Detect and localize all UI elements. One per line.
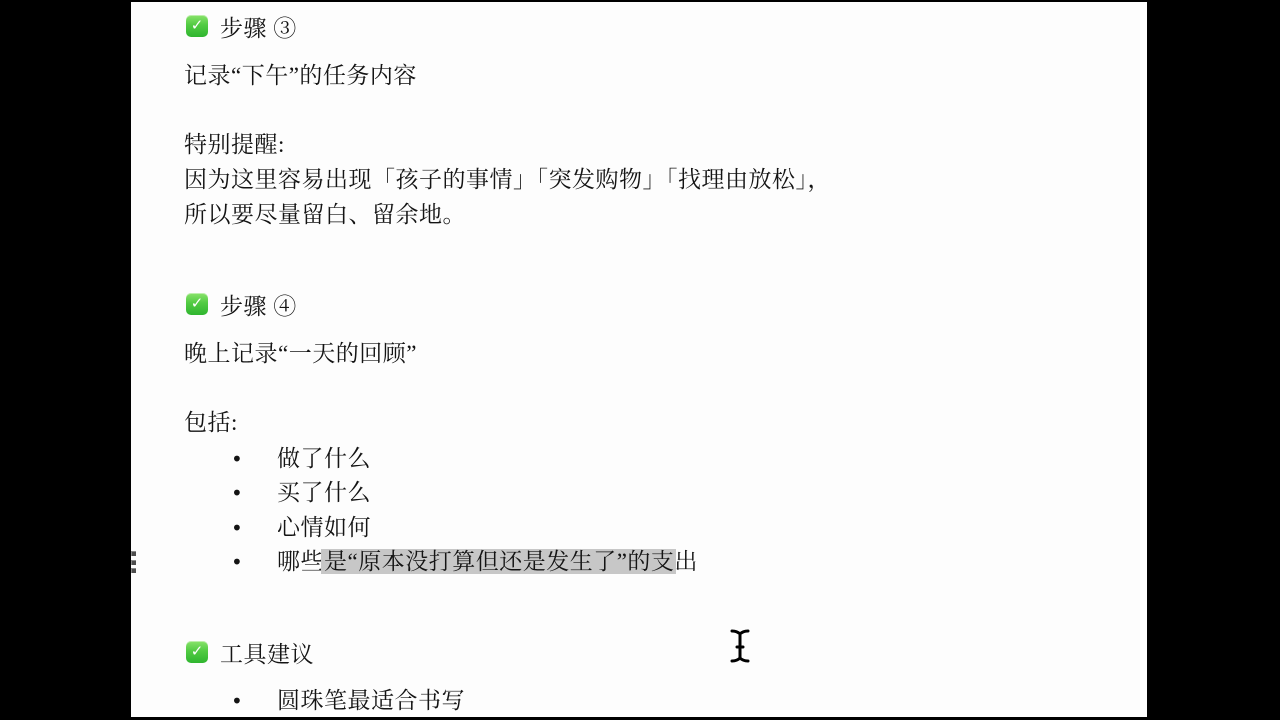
tools-heading: 工具建议: [220, 636, 314, 669]
step3-intro: 记录“下午”的任务内容: [184, 62, 417, 90]
check-glyph: ✓: [191, 18, 204, 33]
letterbox-background: ✓ 步骤 ③ 记录“下午”的任务内容 特别提醒: 因为这里容易出现「孩子的事情」…: [0, 0, 1280, 720]
step3-heading: 步骤 ③: [220, 10, 297, 43]
check-mark-emoji-icon: ✓: [186, 293, 208, 315]
list-item: • 圆珠笔最适合书写: [131, 687, 1147, 715]
list-item: • 哪些是“原本没打算但还是发生了”的支出: [131, 548, 1147, 576]
bullet-icon: •: [231, 445, 243, 473]
bullet-text: 心情如何: [277, 514, 371, 542]
check-mark-emoji-icon: ✓: [186, 641, 208, 663]
bullet-text: 买了什么: [277, 479, 371, 507]
bullet-icon: •: [231, 514, 243, 542]
bullet-icon: •: [231, 479, 243, 507]
bullet-text: 做了什么: [277, 445, 371, 473]
step3-heading-row: ✓ 步骤 ③: [186, 13, 297, 39]
bullet-text: 圆珠笔最适合书写: [277, 687, 465, 715]
check-glyph: ✓: [191, 296, 204, 311]
tools-heading-row: ✓ 工具建议: [186, 639, 314, 665]
check-glyph: ✓: [191, 644, 204, 659]
step4-heading-row: ✓ 步骤 ④: [186, 291, 297, 317]
reminder-line2: 所以要尽量留白、留余地。: [184, 201, 466, 229]
step4-heading: 步骤 ④: [220, 288, 297, 321]
check-mark-emoji-icon: ✓: [186, 15, 208, 37]
list-item: • 买了什么: [131, 479, 1147, 507]
document-page: ✓ 步骤 ③ 记录“下午”的任务内容 特别提醒: 因为这里容易出现「孩子的事情」…: [131, 2, 1147, 717]
step4-intro: 晚上记录“一天的回顾”: [184, 340, 417, 368]
reminder-title: 特别提醒:: [184, 131, 285, 159]
includes-label: 包括:: [184, 409, 238, 437]
bullet-icon: •: [231, 687, 243, 715]
reminder-line1: 因为这里容易出现「孩子的事情」「突发购物」「找理由放松」，: [184, 166, 831, 194]
unselected-prefix: 哪些: [277, 549, 324, 574]
bullet-text-with-selection: 哪些是“原本没打算但还是发生了”的支出: [277, 548, 698, 576]
text-ibeam-cursor-icon: [727, 628, 753, 664]
selected-text: 是“原本没打算但还是发生了”的支: [324, 549, 674, 574]
bullet-icon: •: [231, 548, 243, 576]
drag-handle-icon[interactable]: [131, 551, 137, 573]
list-item: • 做了什么: [131, 445, 1147, 473]
list-item: • 心情如何: [131, 514, 1147, 542]
unselected-suffix: 出: [674, 549, 698, 574]
